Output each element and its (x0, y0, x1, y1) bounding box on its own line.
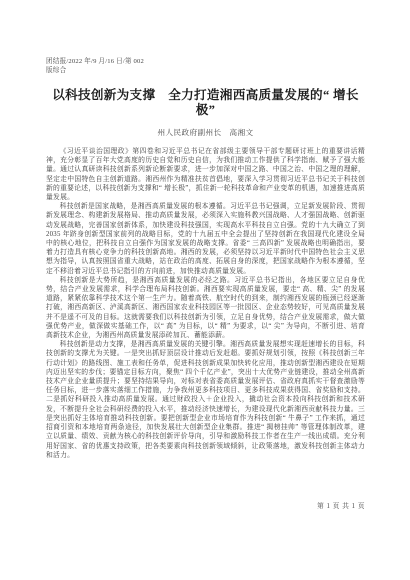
article-author: 州人民政府副州长 高湘文 (46, 127, 365, 138)
article-title: 以科技创新为支撑 全力打造湘西高质量发展的“ 增长极” (46, 88, 365, 118)
page-number: 第 1 页 共 1 页 (46, 500, 365, 580)
article-body: 《习近平谈治国理政》第四卷和习近平总书记在省部级主要领导干部专题研讨班上的重要讲… (46, 147, 365, 460)
document-page: 团结报/2022 年/9 月/16 日/第 002 版综合 以科技创新为支撑 全… (0, 0, 410, 580)
publication-info-line: 团结报/2022 年/9 月/16 日/第 002 (46, 57, 365, 66)
publication-header: 团结报/2022 年/9 月/16 日/第 002 版综合 (46, 57, 365, 75)
article-paragraph: 科技创新是动力支撑，是湘西高质量发展的关键引擎。湘西高质量发展想实现赶速增长的目… (46, 340, 365, 460)
article-paragraph: 科技创新是大势所趋，是湘西高质量发展的必经之路。习近平总书记指出，各地区要立足自… (46, 276, 365, 340)
article-paragraph: 科技创新是国家战略，是湘西高质量发展的根本遵循。习近平总书记强调，立足新发展阶段… (46, 202, 365, 276)
article-paragraph: 《习近平谈治国理政》第四卷和习近平总书记在省部级主要领导干部专题研讨班上的重要讲… (46, 147, 365, 202)
publication-section-line: 版综合 (46, 66, 365, 75)
